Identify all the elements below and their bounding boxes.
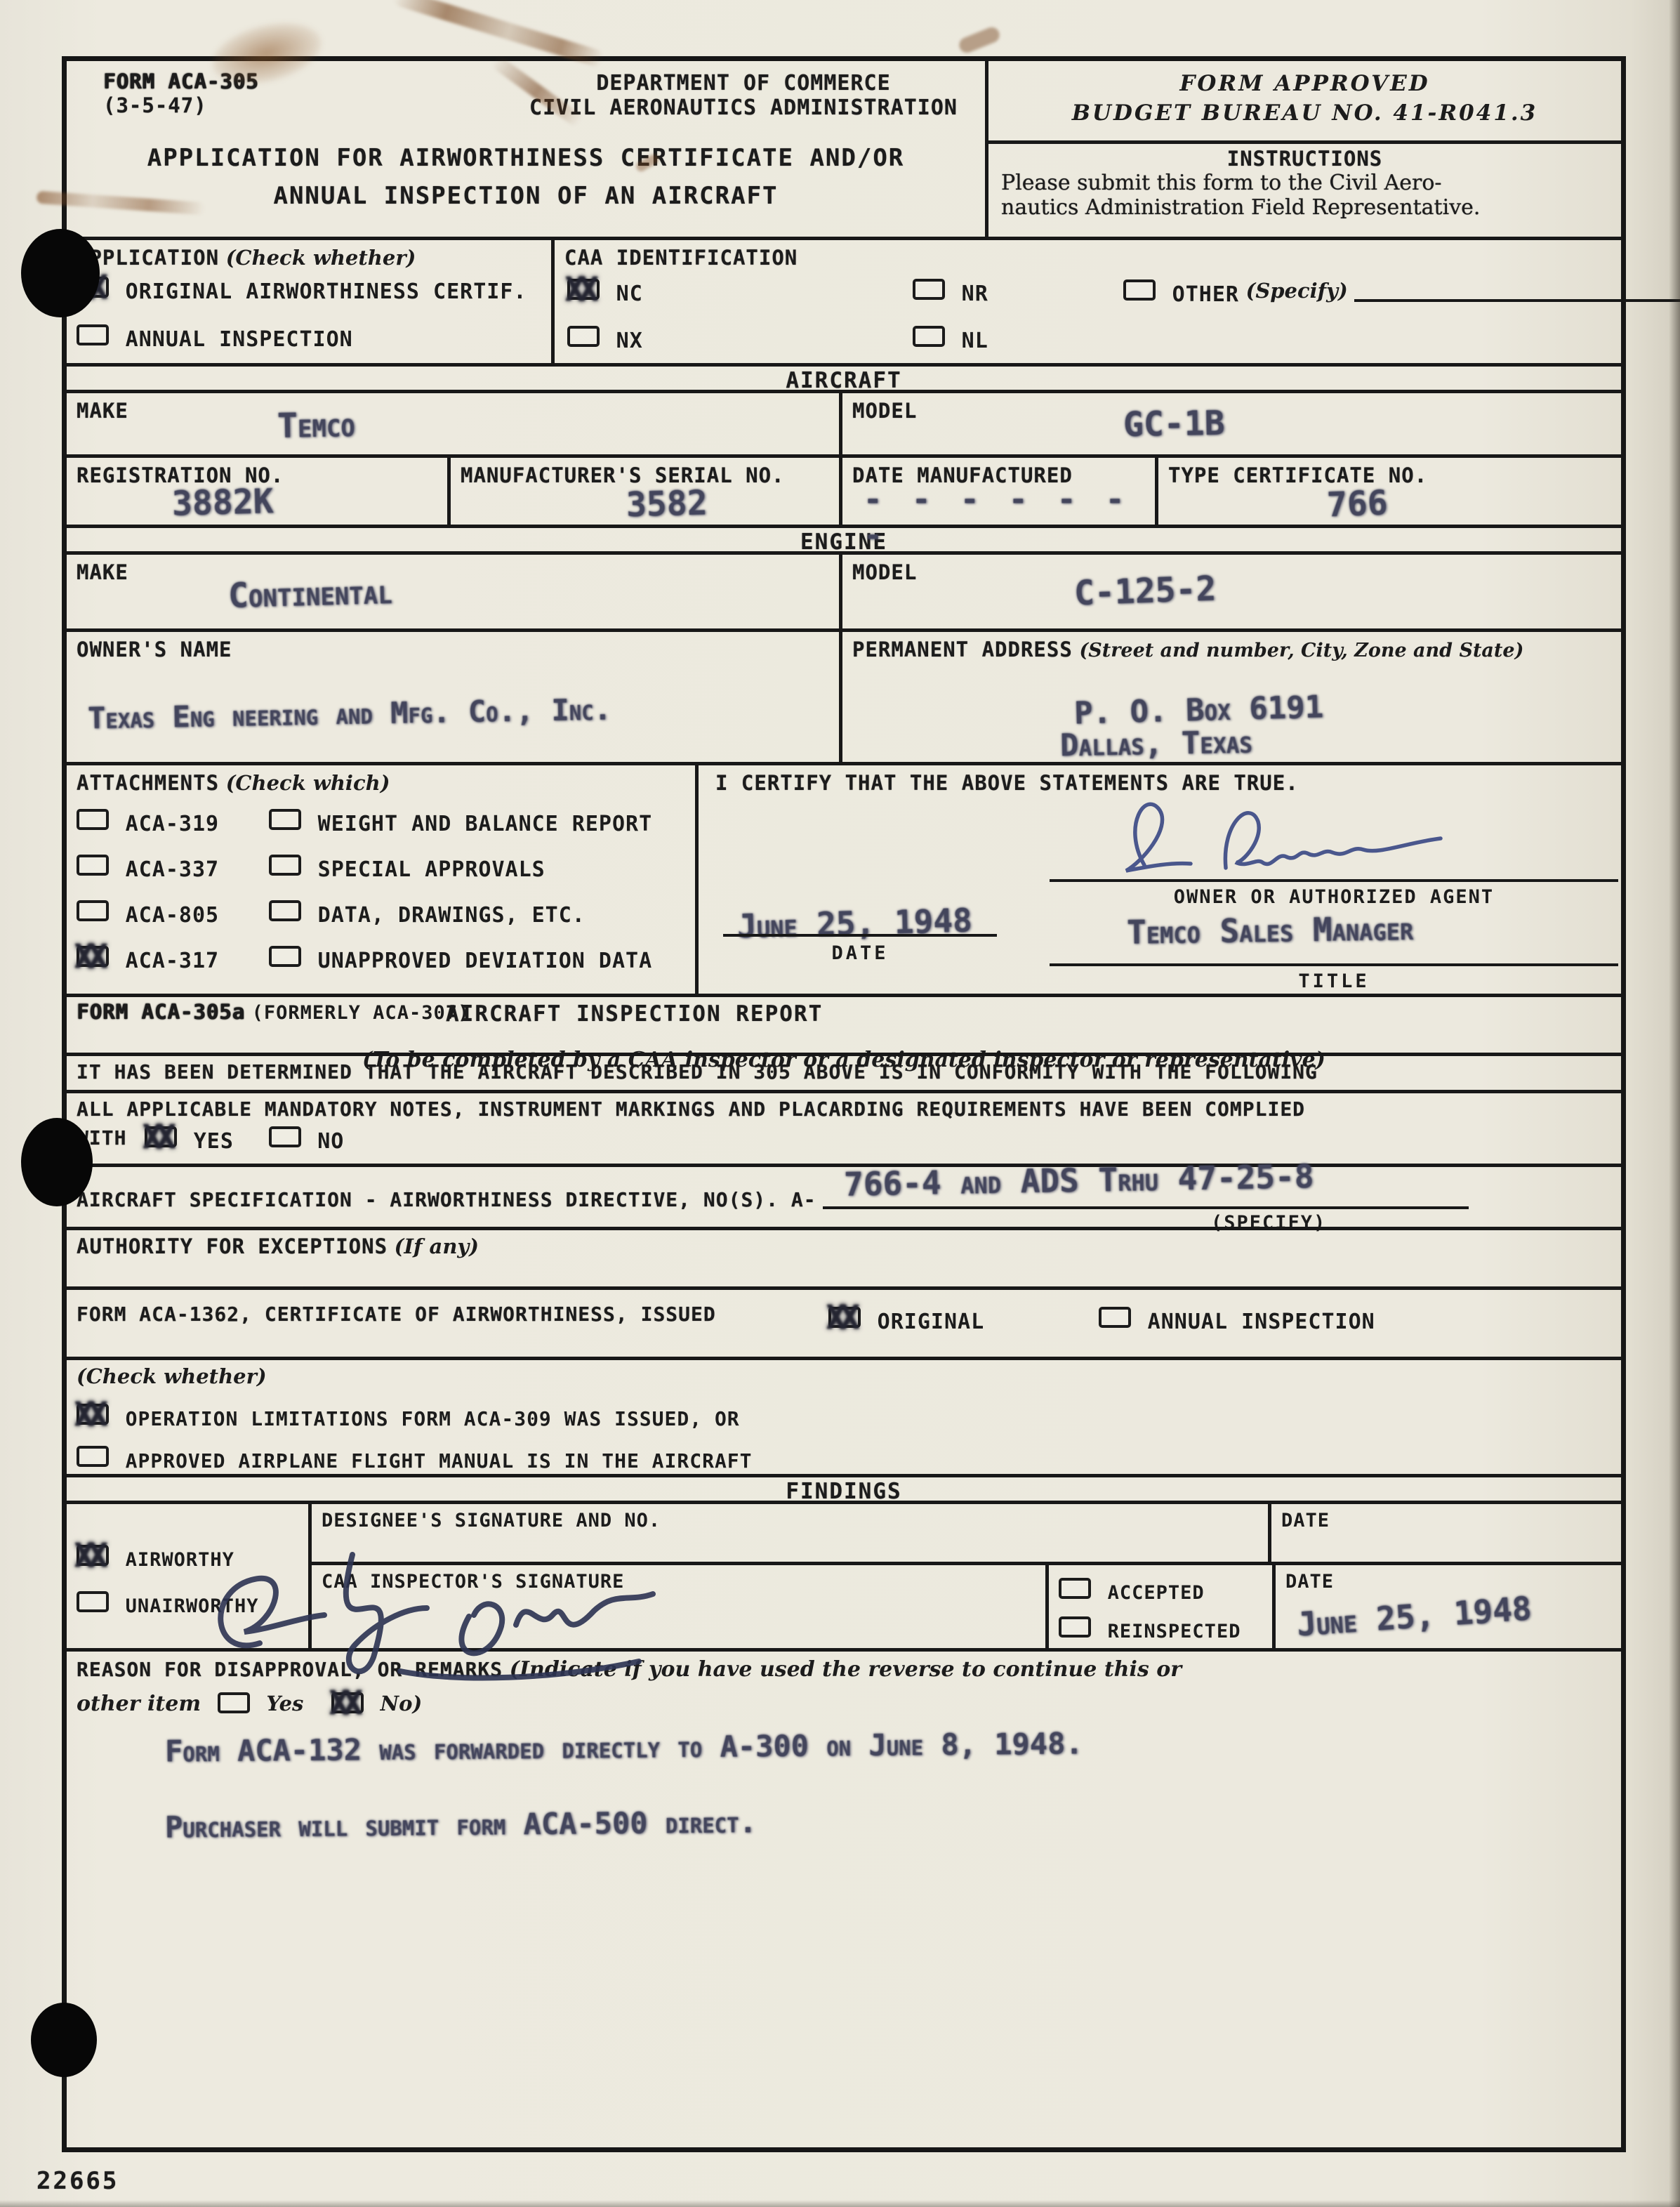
owner-name-value[interactable]: Texas Eng neering and Mfg. Co., Inc. <box>88 692 612 735</box>
engine-model-label: MODEL <box>852 560 917 584</box>
owner-name-cell: OWNER'S NAME Texas Eng neering and Mfg. … <box>67 632 839 762</box>
owner-address-line-2[interactable]: Dallas, Texas <box>1060 725 1253 764</box>
type-certificate-value[interactable]: 766 <box>1326 484 1389 525</box>
application-section: APPLICATION (Check whether) ORIGINAL AIR… <box>67 240 551 363</box>
compliance-line-1: ALL APPLICABLE MANDATORY NOTES, INSTRUME… <box>77 1098 1611 1121</box>
type-certificate-cell: TYPE CERTIFICATE NO. 766 <box>1155 458 1621 525</box>
certify-title-value[interactable]: Temco Sales Manager <box>1127 909 1414 951</box>
compliance-no-label: NO <box>317 1129 344 1154</box>
checkbox-issued-annual[interactable] <box>1099 1307 1131 1328</box>
other-specify-line[interactable] <box>1354 279 1680 302</box>
form-number: FORM ACA-305 <box>103 70 259 93</box>
engine-section-header: ENGINE <box>67 525 1621 551</box>
inspection-date-cell[interactable]: DATE June 25, 1948 <box>1272 1565 1621 1648</box>
checkbox-weight-balance[interactable] <box>269 809 301 830</box>
checkbox-issued-original[interactable] <box>828 1307 861 1328</box>
certify-date-line <box>723 934 997 937</box>
nx-label: NX <box>616 329 643 353</box>
attachments-label: ATTACHMENTS <box>77 771 219 795</box>
inspection-formerly: (FORMERLY ACA-307) <box>252 1002 470 1024</box>
nc-label: NC <box>616 282 643 306</box>
aca-1362-row: FORM ACA-1362, CERTIFICATE OF AIRWORTHIN… <box>67 1286 1621 1357</box>
checkbox-unapproved-deviation[interactable] <box>269 946 301 967</box>
annual-inspection-label: ANNUAL INSPECTION <box>126 327 353 352</box>
inspection-report-header: FORM ACA-305a (FORMERLY ACA-307) AIRCRAF… <box>67 994 1621 1053</box>
form-approved-box: FORM APPROVED BUDGET BUREAU NO. 41-R041.… <box>988 61 1621 144</box>
serial-stamp: 22665 <box>37 2167 119 2195</box>
approved-line-1: FORM APPROVED <box>988 71 1621 96</box>
checkbox-aca-805[interactable] <box>77 900 109 921</box>
certify-date-value[interactable]: June 25, 1948 <box>736 902 972 946</box>
certify-title-caption: TITLE <box>1050 970 1618 992</box>
weight-balance-label: WEIGHT AND BALANCE REPORT <box>318 812 653 836</box>
aca-337-label: ACA-337 <box>126 857 219 882</box>
owner-signature <box>1095 779 1516 906</box>
determination-text: IT HAS BEEN DETERMINED THAT THE AIRCRAFT… <box>77 1060 1318 1083</box>
checkbox-flight-manual[interactable] <box>77 1446 109 1467</box>
date-manufactured-value[interactable]: - - - - - - - <box>864 482 1155 553</box>
checkbox-annual-inspection[interactable] <box>77 324 109 345</box>
engine-make-value[interactable]: Continental <box>227 572 392 616</box>
checkbox-nl[interactable] <box>913 326 945 347</box>
instructions-body-line-2: nautics Administration Field Representat… <box>1001 195 1608 220</box>
nr-label: NR <box>962 282 988 306</box>
attachments-hint: (Check which) <box>226 771 390 795</box>
checkbox-aca-319[interactable] <box>77 809 109 830</box>
approved-line-2: BUDGET BUREAU NO. 41-R041.3 <box>988 100 1621 126</box>
inspection-date-value[interactable]: June 25, 1948 <box>1296 1589 1533 1643</box>
date-manufactured-cell: DATE MANUFACTURED - - - - - - - <box>839 458 1155 525</box>
aircraft-detail-row: REGISTRATION NO. 3882K MANUFACTURER'S SE… <box>67 454 1621 525</box>
caa-identification-label: CAA IDENTIFICATION <box>564 246 1611 270</box>
findings-status-cell: ACCEPTED REINSPECTED <box>1045 1565 1272 1648</box>
stain-mark <box>957 25 1002 55</box>
instructions-body-line-1: Please submit this form to the Civil Aer… <box>1001 171 1608 195</box>
checkbox-other[interactable] <box>1123 279 1156 301</box>
owner-address-cell: PERMANENT ADDRESS (Street and number, Ci… <box>839 632 1621 762</box>
checkbox-accepted[interactable] <box>1059 1578 1091 1599</box>
findings-section-header: FINDINGS <box>67 1474 1621 1501</box>
designee-date-label: DATE <box>1281 1510 1330 1531</box>
scan-edge-shadow <box>1669 0 1680 2207</box>
unapproved-deviation-label: UNAPPROVED DEVIATION DATA <box>318 949 653 973</box>
checkbox-data-drawings[interactable] <box>269 900 301 921</box>
special-approvals-label: SPECIAL APPROVALS <box>318 857 545 882</box>
form-border: FORM ACA-305 (3-5-47) DEPARTMENT OF COMM… <box>62 56 1626 2152</box>
attachments-section: ATTACHMENTS (Check which) ACA-319 ACA-33… <box>67 765 695 994</box>
form-header: FORM ACA-305 (3-5-47) DEPARTMENT OF COMM… <box>67 61 1621 237</box>
authority-row: AUTHORITY FOR EXCEPTIONS (If any) <box>67 1227 1621 1286</box>
owner-address-label: PERMANENT ADDRESS <box>852 638 1073 661</box>
aircraft-make-value[interactable]: Temco <box>277 405 356 446</box>
other-specify-hint: (Specify) <box>1246 279 1348 303</box>
certify-title-line <box>1050 963 1618 966</box>
form-revision: (3-5-47) <box>103 93 259 117</box>
serial-cell: MANUFACTURER'S SERIAL NO. 3582 <box>447 458 839 525</box>
aircraft-model-cell: MODEL GC-1B <box>839 393 1621 454</box>
engine-make-model-row: MAKE Continental MODEL C-125-2 <box>67 551 1621 628</box>
compliance-row: ALL APPLICABLE MANDATORY NOTES, INSTRUME… <box>67 1090 1621 1164</box>
compliance-yes-label: YES <box>194 1129 234 1154</box>
form-title-line-1: APPLICATION FOR AIRWORTHINESS CERTIFICAT… <box>67 144 985 172</box>
checkbox-reinspected[interactable] <box>1059 1616 1091 1638</box>
caa-identification-section: CAA IDENTIFICATION NC NR OTHER (Specify) <box>551 240 1621 363</box>
operation-limitations-label: OPERATION LIMITATIONS FORM ACA-309 WAS I… <box>126 1407 740 1430</box>
form-title-line-2: ANNUAL INSPECTION OF AN AIRCRAFT <box>67 182 985 210</box>
data-drawings-label: DATA, DRAWINGS, ETC. <box>318 903 586 928</box>
specification-label: AIRCRAFT SPECIFICATION - AIRWORTHINESS D… <box>77 1188 816 1211</box>
owner-address-hint: (Street and number, City, Zone and State… <box>1079 640 1523 661</box>
determination-row: IT HAS BEEN DETERMINED THAT THE AIRCRAFT… <box>67 1053 1621 1090</box>
specification-value[interactable]: 766-4 and ADS Trhu 47-25-8 <box>844 1157 1314 1204</box>
aca-805-label: ACA-805 <box>126 903 219 928</box>
checkbox-airworthy[interactable] <box>77 1545 109 1566</box>
engine-make-label: MAKE <box>77 560 128 584</box>
engine-model-cell: MODEL C-125-2 <box>839 555 1621 628</box>
other-label: OTHER <box>1172 282 1239 307</box>
aca-317-label: ACA-317 <box>126 949 219 973</box>
checkbox-nx[interactable] <box>567 326 600 347</box>
agency-line-2: CIVIL AERONAUTICS ADMINISTRATION <box>516 95 971 120</box>
checkbox-special-approvals[interactable] <box>269 855 301 876</box>
checkbox-nc[interactable] <box>567 279 600 300</box>
inspection-form-ref: FORM ACA-305a <box>77 1000 245 1024</box>
aircraft-make-model-row: MAKE Temco MODEL GC-1B <box>67 390 1621 454</box>
issued-annual-label: ANNUAL INSPECTION <box>1148 1310 1375 1334</box>
engine-model-value[interactable]: C-125-2 <box>1073 569 1217 613</box>
aircraft-model-label: MODEL <box>852 399 917 423</box>
owner-row: OWNER'S NAME Texas Eng neering and Mfg. … <box>67 628 1621 762</box>
checkbox-compliance-yes[interactable] <box>145 1126 177 1147</box>
punch-hole <box>21 1118 93 1206</box>
header-right: FORM APPROVED BUDGET BUREAU NO. 41-R041.… <box>985 61 1621 237</box>
authority-hint: (If any) <box>395 1234 479 1258</box>
specification-row: AIRCRAFT SPECIFICATION - AIRWORTHINESS D… <box>67 1164 1621 1227</box>
check-whether-row: (Check whether) OPERATION LIMITATIONS FO… <box>67 1357 1621 1474</box>
nl-label: NL <box>962 329 988 353</box>
scan-edge-shadow-bottom <box>0 2200 1680 2207</box>
aircraft-make-cell: MAKE Temco <box>67 393 839 454</box>
aircraft-model-value[interactable]: GC-1B <box>1123 404 1225 445</box>
punch-hole <box>31 2003 97 2077</box>
header-left: FORM ACA-305 (3-5-47) DEPARTMENT OF COMM… <box>67 61 985 237</box>
scanned-form-page: FORM ACA-305 (3-5-47) DEPARTMENT OF COMM… <box>0 0 1680 2207</box>
checkbox-aca-317[interactable] <box>77 946 109 967</box>
designee-date-cell[interactable]: DATE <box>1268 1504 1621 1562</box>
aca-319-label: ACA-319 <box>126 812 219 836</box>
checkbox-unairworthy[interactable] <box>77 1591 109 1612</box>
agency-line-1: DEPARTMENT OF COMMERCE <box>516 71 971 95</box>
issued-original-label: ORIGINAL <box>878 1310 985 1334</box>
checkbox-compliance-no[interactable] <box>269 1126 301 1147</box>
checkbox-nr[interactable] <box>913 279 945 300</box>
registration-value[interactable]: 3882K <box>171 482 274 524</box>
type-certificate-label: TYPE CERTIFICATE NO. <box>1168 463 1427 487</box>
checkbox-aca-337[interactable] <box>77 855 109 876</box>
punch-hole <box>21 229 100 317</box>
serial-label: MANUFACTURER'S SERIAL NO. <box>461 463 785 487</box>
accepted-label: ACCEPTED <box>1108 1582 1205 1604</box>
check-whether-hint: (Check whether) <box>77 1364 1611 1388</box>
aircraft-make-label: MAKE <box>77 399 128 423</box>
authority-label: AUTHORITY FOR EXCEPTIONS <box>77 1234 388 1258</box>
inspection-date-label: DATE <box>1285 1571 1334 1593</box>
application-hint: (Check whether) <box>226 246 416 270</box>
remarks-note-line-2[interactable]: Purchaser will submit form ACA-500 direc… <box>165 1805 757 1844</box>
original-airworthiness-label: ORIGINAL AIRWORTHINESS CERTIF. <box>126 279 527 304</box>
checkbox-operation-limitations[interactable] <box>77 1404 109 1425</box>
specification-line[interactable]: 766-4 and ADS Trhu 47-25-8 <box>823 1185 1469 1209</box>
aircraft-section-header: AIRCRAFT <box>67 363 1621 390</box>
inspection-title: AIRCRAFT INSPECTION REPORT <box>446 1001 823 1027</box>
aca-1362-label: FORM ACA-1362, CERTIFICATE OF AIRWORTHIN… <box>77 1303 716 1326</box>
instructions-title: INSTRUCTIONS <box>1001 147 1608 171</box>
inspector-signature <box>190 1524 695 1699</box>
owner-name-label: OWNER'S NAME <box>77 638 232 661</box>
application-row: APPLICATION (Check whether) ORIGINAL AIR… <box>67 237 1621 363</box>
engine-make-cell: MAKE Continental <box>67 555 839 628</box>
flight-manual-label: APPROVED AIRPLANE FLIGHT MANUAL IS IN TH… <box>126 1449 753 1473</box>
registration-cell: REGISTRATION NO. 3882K <box>67 458 447 525</box>
reinspected-label: REINSPECTED <box>1108 1621 1241 1642</box>
instructions-box: INSTRUCTIONS Please submit this form to … <box>988 144 1621 237</box>
serial-value[interactable]: 3582 <box>626 483 708 525</box>
remarks-hint-line-2: other item <box>77 1692 201 1716</box>
remarks-note-line-1[interactable]: Form ACA-132 was forwarded directly to A… <box>165 1726 1083 1768</box>
certify-date-label: DATE <box>723 942 997 964</box>
